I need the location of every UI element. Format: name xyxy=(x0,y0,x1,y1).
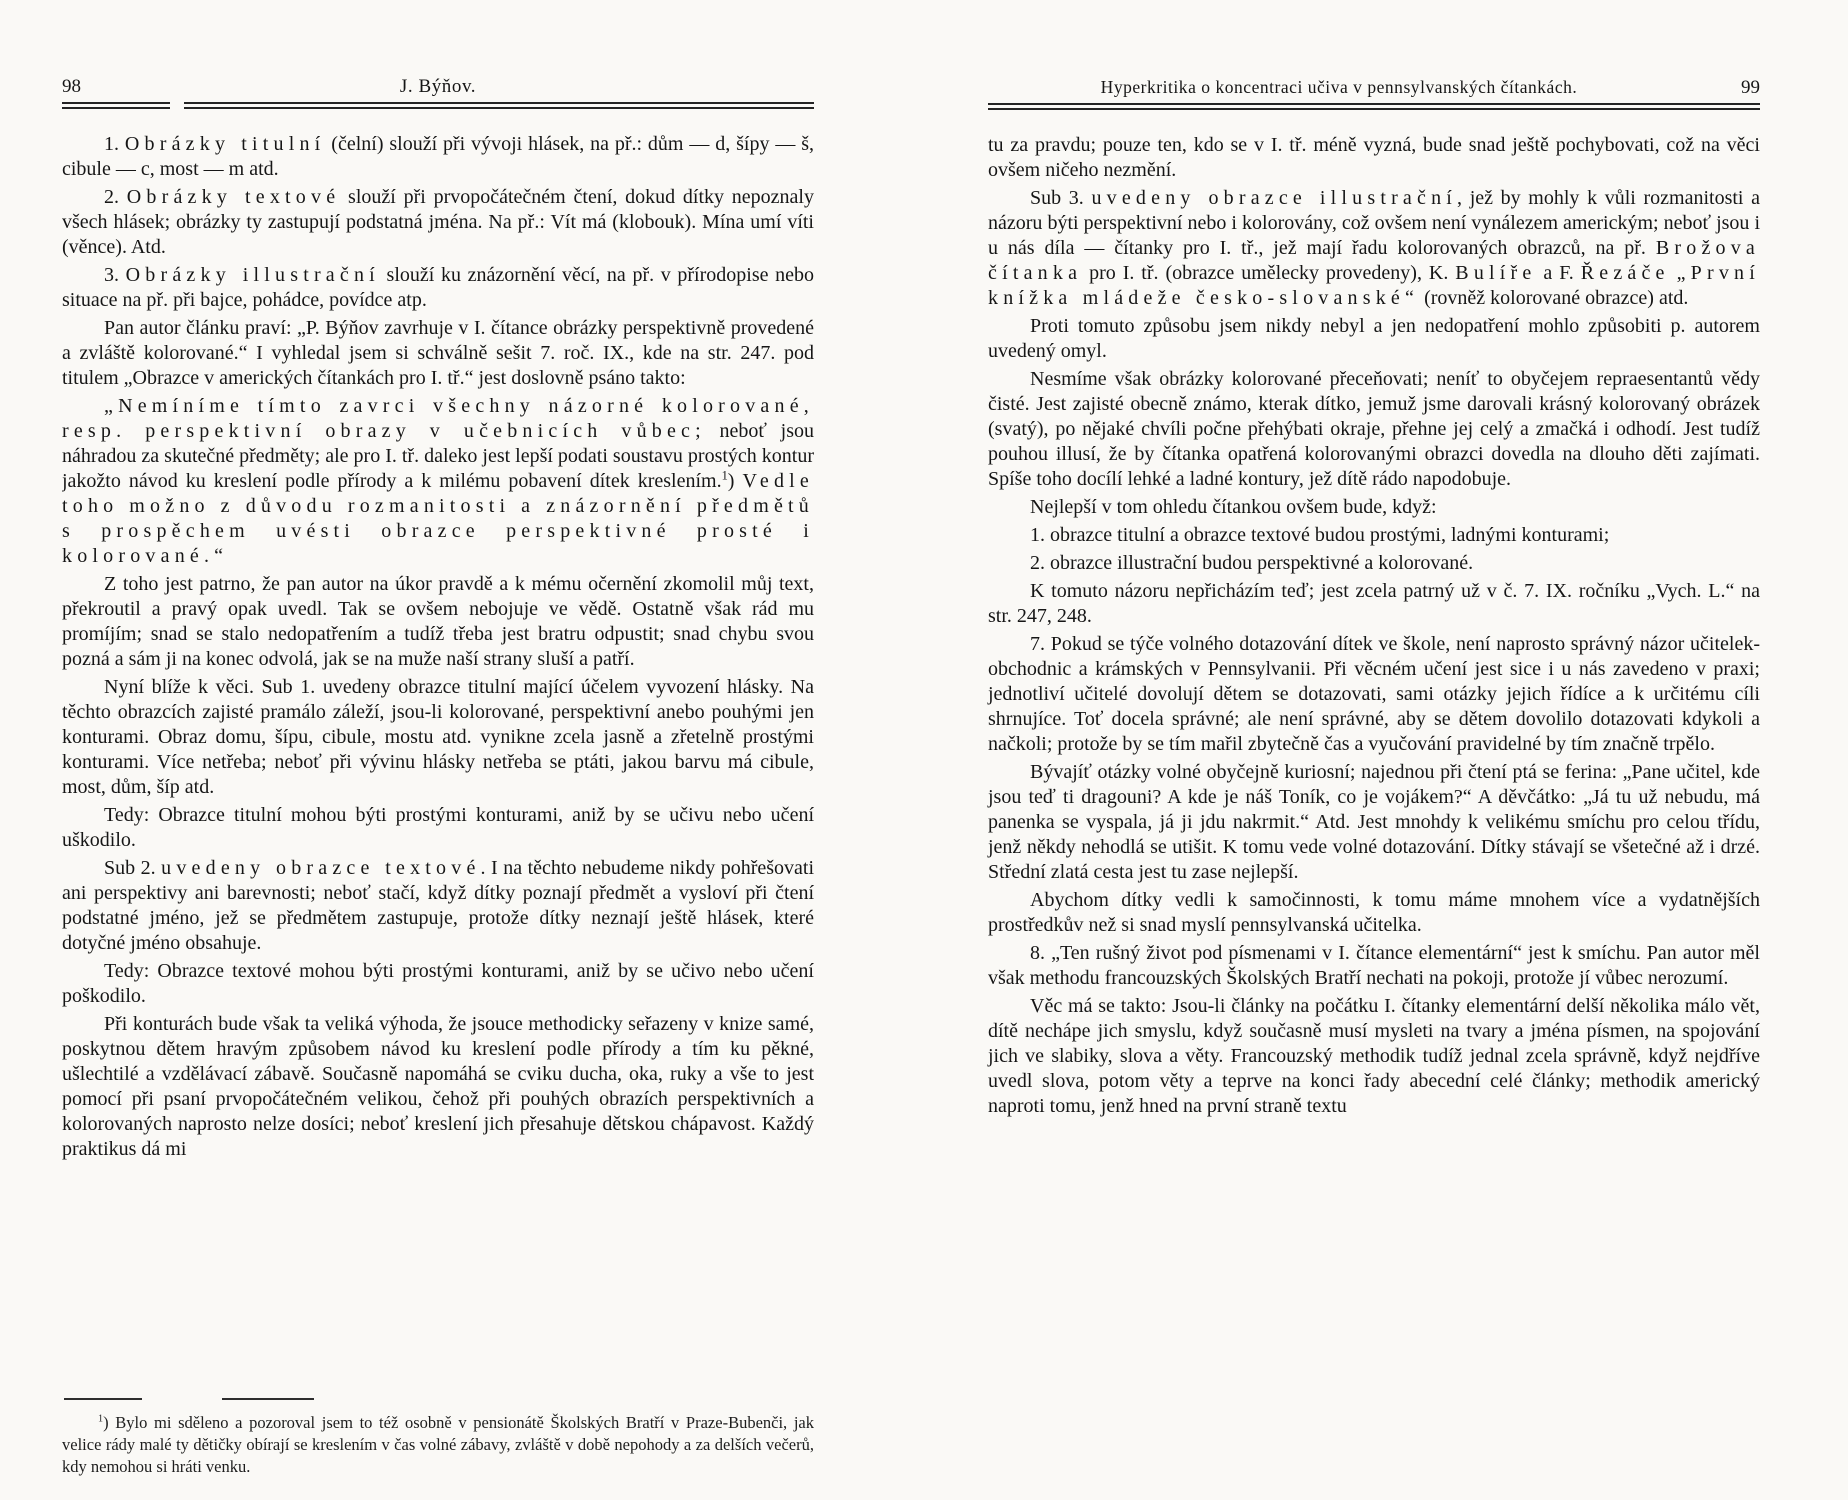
paragraph: „Nemíníme tímto zavrci všechny názorné k… xyxy=(62,394,814,569)
text-run: Z toho jest patrno, že pan autor na úkor… xyxy=(62,573,814,670)
letterspaced-emphasis: Řezáče xyxy=(1581,262,1670,284)
text-run: Bývajíť otázky volné obyčejně kuriosní; … xyxy=(988,761,1760,883)
paragraph: tu za pravdu; pouze ten, kdo se v I. tř.… xyxy=(988,133,1760,183)
page-body-right: tu za pravdu; pouze ten, kdo se v I. tř.… xyxy=(988,133,1760,1119)
text-run: Sub 3. xyxy=(1030,187,1091,209)
text-run: a F. xyxy=(1536,262,1580,284)
text-run: Abychom dítky vedli k samočinnosti, k to… xyxy=(988,889,1760,936)
text-run: (rovněž kolorované obrazce) atd. xyxy=(1419,287,1688,309)
text-run: 2. xyxy=(104,186,127,208)
rule-segment xyxy=(184,102,814,109)
text-run: ) Bylo mi sděleno a pozoroval jsem to té… xyxy=(62,1413,814,1476)
page-right: Hyperkritika o koncentraci učiva v penns… xyxy=(988,76,1760,1122)
paragraph: Nejlepší v tom ohledu čítankou ovšem bud… xyxy=(988,495,1760,520)
letterspaced-emphasis: uvedeny obrazce textové xyxy=(161,857,480,879)
text-run: Nesmíme však obrázky kolorované přeceňov… xyxy=(988,368,1760,490)
text-run: Při konturách bude však ta veliká výhoda… xyxy=(62,1013,814,1160)
text-run: Věc má se takto: Jsou-li články na počát… xyxy=(988,995,1760,1117)
letterspaced-emphasis: Obrázky textové xyxy=(127,186,341,208)
paragraph: Pan autor článku praví: „P. Býňov zavrhu… xyxy=(62,316,814,391)
page-left: 98 J. Býňov. 1. Obrázky titulní (čelní) … xyxy=(62,76,814,1486)
paragraph: Bývajíť otázky volné obyčejně kuriosní; … xyxy=(988,760,1760,885)
text-run: Sub 2. xyxy=(104,857,161,879)
letterspaced-emphasis: Bulíře xyxy=(1455,262,1536,284)
paragraph: 2. obrazce illustrační budou perspektivn… xyxy=(988,551,1760,576)
text-run xyxy=(1670,262,1677,284)
page-number-right: 99 xyxy=(1690,77,1760,99)
rule-segment xyxy=(988,103,1760,110)
text-run: ) xyxy=(728,470,743,492)
letterspaced-emphasis: uvedeny obrazce illustrační xyxy=(1091,187,1457,209)
paragraph: Věc má se takto: Jsou-li články na počát… xyxy=(988,994,1760,1119)
running-title-right: Hyperkritika o koncentraci učiva v penns… xyxy=(988,76,1690,98)
paragraph: Z toho jest patrno, že pan autor na úkor… xyxy=(62,572,814,672)
paragraph: Abychom dítky vedli k samočinnosti, k to… xyxy=(988,888,1760,938)
text-run: K tomuto názoru nepřicházím teď; jest zc… xyxy=(988,580,1760,627)
text-run: 2. obrazce illustrační budou perspektivn… xyxy=(1030,552,1473,574)
text-run: 1. xyxy=(104,133,125,155)
header-rule-left xyxy=(62,102,814,111)
paragraph: 1. obrazce titulní a obrazce textové bud… xyxy=(988,523,1760,548)
paragraph: 3. Obrázky illustrační slouží ku znázorn… xyxy=(62,263,814,313)
text-run: 1. obrazce titulní a obrazce textové bud… xyxy=(1030,524,1609,546)
paragraph: Při konturách bude však ta veliká výhoda… xyxy=(62,1012,814,1162)
running-title-left: J. Býňov. xyxy=(132,76,744,98)
text-run: 7. Pokud se týče volného dotazování díte… xyxy=(988,633,1760,755)
header-rule-right xyxy=(988,103,1760,112)
letterspaced-emphasis: „Nemíníme tímto zavrci všechny názorné k… xyxy=(62,395,814,442)
running-head-right: Hyperkritika o koncentraci učiva v penns… xyxy=(988,76,1760,99)
paragraph: 1) Bylo mi sděleno a pozoroval jsem to t… xyxy=(62,1412,814,1478)
text-run: Tedy: Obrazce textové mohou býti prostým… xyxy=(62,960,814,1007)
footnote-block: 1) Bylo mi sděleno a pozoroval jsem to t… xyxy=(62,1390,814,1487)
paragraph: Proti tomuto způsobu jsem nikdy nebyl a … xyxy=(988,314,1760,364)
paragraph: Tedy: Obrazce textové mohou býti prostým… xyxy=(62,959,814,1009)
running-head-left: 98 J. Býňov. xyxy=(62,76,814,98)
page-number-left: 98 xyxy=(62,76,132,98)
paragraph: K tomuto názoru nepřicházím teď; jest zc… xyxy=(988,579,1760,629)
text-run: Nyní blíže k věci. Sub 1. uvedeny obrazc… xyxy=(62,676,814,798)
paragraph: Sub 2. uvedeny obrazce textové. I na těc… xyxy=(62,856,814,956)
paragraph: 1. Obrázky titulní (čelní) slouží při vý… xyxy=(62,132,814,182)
rule-segment xyxy=(62,102,170,109)
text-run: 3. xyxy=(104,264,126,286)
text-run: Proti tomuto způsobu jsem nikdy nebyl a … xyxy=(988,315,1760,362)
text-run: 8. „Ten rušný život pod písmenami v I. č… xyxy=(988,942,1760,989)
letterspaced-emphasis: Obrázky illustrační xyxy=(126,264,380,286)
scanned-book-spread: 98 J. Býňov. 1. Obrázky titulní (čelní) … xyxy=(0,0,1848,1500)
text-run: Pan autor článku praví: „P. Býňov zavrhu… xyxy=(62,317,814,389)
paragraph: Nyní blíže k věci. Sub 1. uvedeny obrazc… xyxy=(62,675,814,800)
footnote: 1) Bylo mi sděleno a pozoroval jsem to t… xyxy=(62,1412,814,1478)
paragraph: Nesmíme však obrázky kolorované přeceňov… xyxy=(988,367,1760,492)
text-run: Tedy: Obrazce titulní mohou býti prostým… xyxy=(62,804,814,851)
paragraph: 2. Obrázky textové slouží při prvopočáte… xyxy=(62,185,814,260)
page-body-left: 1. Obrázky titulní (čelní) slouží při vý… xyxy=(62,132,814,1165)
text-run: Nejlepší v tom ohledu čítankou ovšem bud… xyxy=(1030,496,1437,518)
paragraph: Sub 3. uvedeny obrazce illustrační, jež … xyxy=(988,186,1760,311)
text-run: tu za pravdu; pouze ten, kdo se v I. tř.… xyxy=(988,134,1760,181)
footnote-separator xyxy=(64,1398,314,1401)
paragraph: Tedy: Obrazce titulní mohou býti prostým… xyxy=(62,803,814,853)
text-run: pro I. tř. (obrazce umělecky provedeny),… xyxy=(1082,262,1455,284)
paragraph: 7. Pokud se týče volného dotazování díte… xyxy=(988,632,1760,757)
paragraph: 8. „Ten rušný život pod písmenami v I. č… xyxy=(988,941,1760,991)
letterspaced-emphasis: Obrázky titulní xyxy=(125,133,326,155)
